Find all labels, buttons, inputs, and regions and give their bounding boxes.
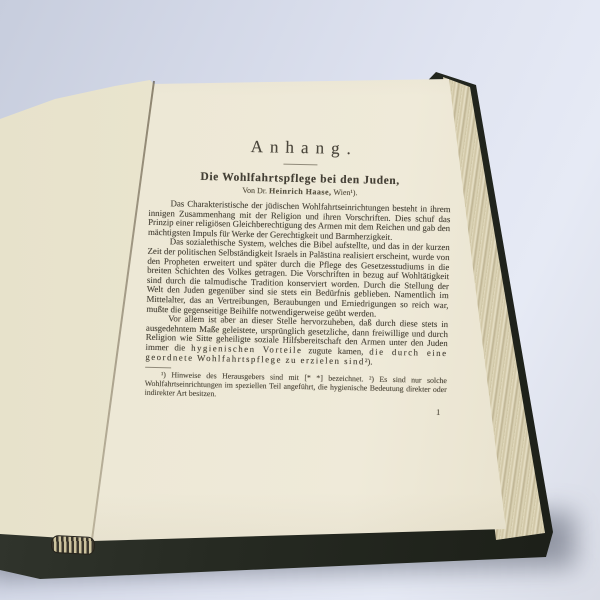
byline-suffix: Wien¹). xyxy=(331,188,357,198)
byline-prefix: Von Dr. xyxy=(242,186,269,196)
footnote-marker: ²). xyxy=(365,356,373,366)
footnotes: ¹) Hinweise des Herausgebers sind mit [*… xyxy=(145,371,447,404)
paragraph-2: Das sozialethische System, welches die B… xyxy=(146,237,450,320)
author-name: Heinrich Haase, xyxy=(269,186,332,196)
heading-rule xyxy=(283,164,317,166)
paragraph-3: Vor allem ist aber an dieser Stelle herv… xyxy=(145,314,448,368)
headband xyxy=(51,535,96,555)
book-photo: Anhang. Die Wohlfahrtspflege bei den Jud… xyxy=(0,0,600,600)
body-text: Das Charakteristische der jüdischen Wohl… xyxy=(145,199,450,368)
printed-page-content: Anhang. Die Wohlfahrtspflege bei den Jud… xyxy=(144,135,452,418)
footnote-rule xyxy=(145,367,171,369)
